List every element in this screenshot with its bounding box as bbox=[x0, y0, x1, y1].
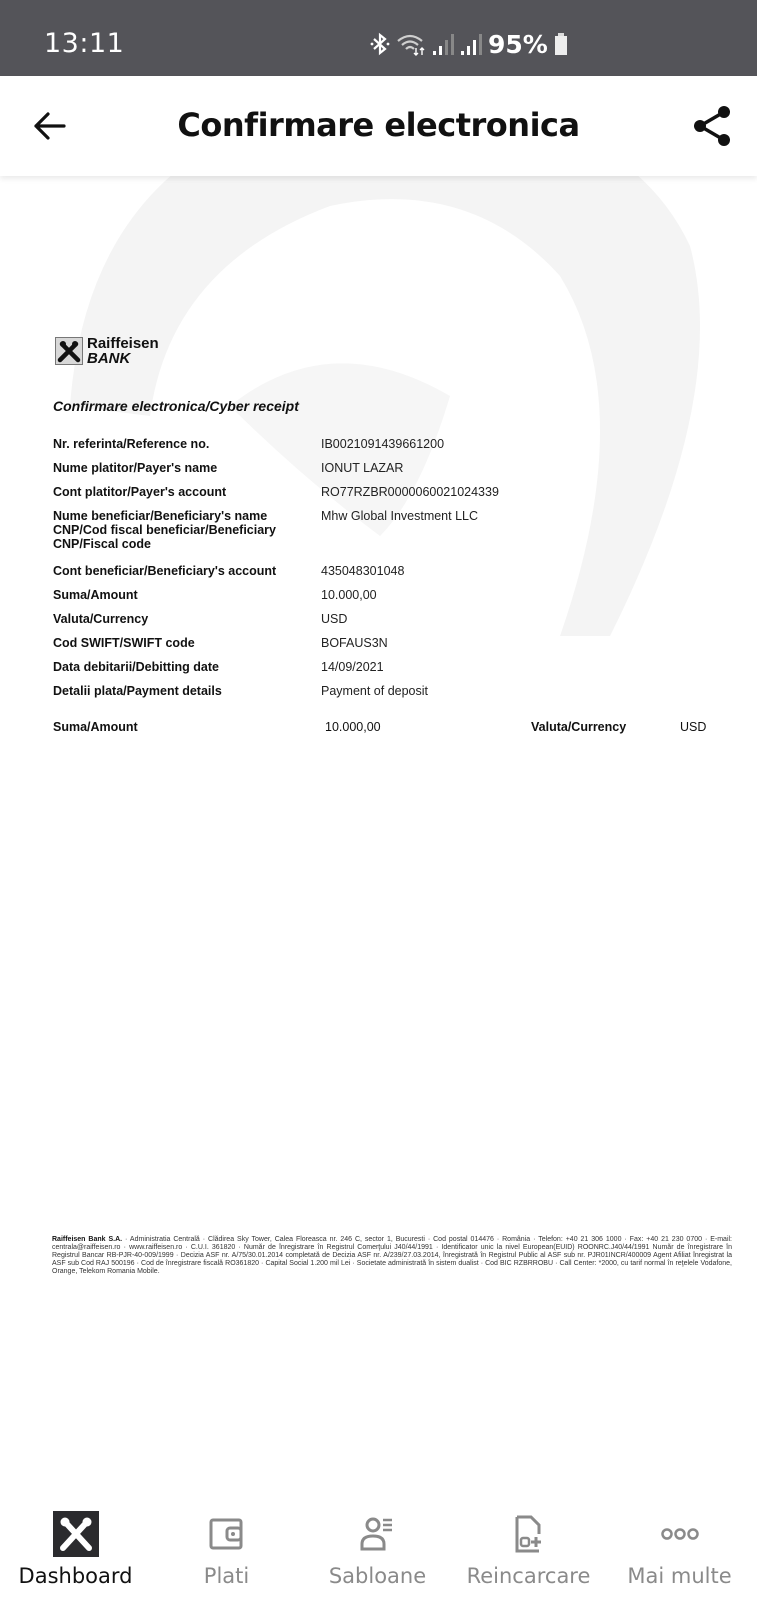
wifi-icon bbox=[396, 32, 426, 56]
summary-amount-label: Suma/Amount bbox=[53, 720, 138, 734]
nav-dashboard[interactable]: Dashboard bbox=[0, 1498, 151, 1600]
nav-mai-multe[interactable]: Mai multe bbox=[604, 1498, 755, 1600]
more-dots-icon bbox=[656, 1510, 704, 1558]
nav-plati[interactable]: Plati bbox=[151, 1498, 302, 1600]
legal-company: Raiffeisen Bank S.A. bbox=[52, 1236, 122, 1243]
status-time: 13:11 bbox=[44, 28, 124, 59]
user-list-icon bbox=[354, 1510, 402, 1558]
signal-icon bbox=[460, 32, 482, 56]
status-bar: 13:11 95% bbox=[0, 0, 757, 76]
bottom-navigation: Dashboard Plati Sabloane bbox=[0, 1498, 757, 1600]
field-debit-date: Data debitarii/Debitting date 14/09/2021 bbox=[53, 657, 703, 681]
nav-sabloane[interactable]: Sabloane bbox=[302, 1498, 453, 1600]
field-amount: Suma/Amount 10.000,00 bbox=[53, 585, 703, 609]
field-currency: Valuta/Currency USD bbox=[53, 609, 703, 633]
receipt-title: Confirmare electronica/Cyber receipt bbox=[53, 398, 299, 414]
wallet-icon bbox=[203, 1510, 251, 1558]
summary-amount: 10.000,00 bbox=[325, 720, 381, 734]
field-beneficiary-account: Cont beneficiar/Beneficiary's account 43… bbox=[53, 561, 703, 585]
legal-text: · Administratia Centrală · Clădirea Sky … bbox=[52, 1236, 732, 1275]
sim-topup-icon bbox=[505, 1510, 553, 1558]
raiffeisen-logo-icon bbox=[52, 1510, 100, 1558]
logo-line-1: Raiffeisen bbox=[87, 336, 159, 351]
field-payer-account: Cont platitor/Payer's account RO77RZBR00… bbox=[53, 482, 703, 506]
logo-line-2: BANK bbox=[87, 351, 159, 366]
field-swift: Cod SWIFT/SWIFT code BOFAUS3N bbox=[53, 633, 703, 657]
field-payer-name: Nume platitor/Payer's name IONUT LAZAR bbox=[53, 458, 703, 482]
raiffeisen-gable-icon bbox=[55, 337, 83, 365]
legal-footer: Raiffeisen Bank S.A. · Administratia Cen… bbox=[52, 1236, 732, 1276]
summary-currency-label: Valuta/Currency bbox=[531, 720, 626, 734]
nav-reincarcare[interactable]: Reincarcare bbox=[453, 1498, 604, 1600]
battery-icon bbox=[554, 32, 568, 56]
raiffeisen-logo: Raiffeisen BANK bbox=[55, 336, 159, 366]
share-icon[interactable] bbox=[690, 104, 734, 148]
app-bar: Confirmare electronica bbox=[0, 76, 757, 176]
bluetooth-icon bbox=[370, 32, 390, 56]
field-reference: Nr. referinta/Reference no. IB0021091439… bbox=[53, 434, 703, 458]
battery-percent: 95% bbox=[488, 30, 548, 59]
summary-currency: USD bbox=[680, 720, 706, 734]
status-icons: 95% bbox=[370, 30, 568, 58]
signal-icon bbox=[432, 32, 454, 56]
page-title: Confirmare electronica bbox=[0, 106, 757, 144]
amount-summary: Suma/Amount 10.000,00 Valuta/Currency US… bbox=[53, 720, 713, 740]
field-payment-details: Detalii plata/Payment details Payment of… bbox=[53, 681, 703, 705]
field-beneficiary-name: Nume beneficiar/Beneficiary's name Mhw G… bbox=[53, 506, 703, 523]
field-beneficiary-cnp: CNP/Cod fiscal beneficiar/Beneficiary CN… bbox=[53, 523, 703, 561]
receipt-fields: Nr. referinta/Reference no. IB0021091439… bbox=[53, 434, 703, 705]
